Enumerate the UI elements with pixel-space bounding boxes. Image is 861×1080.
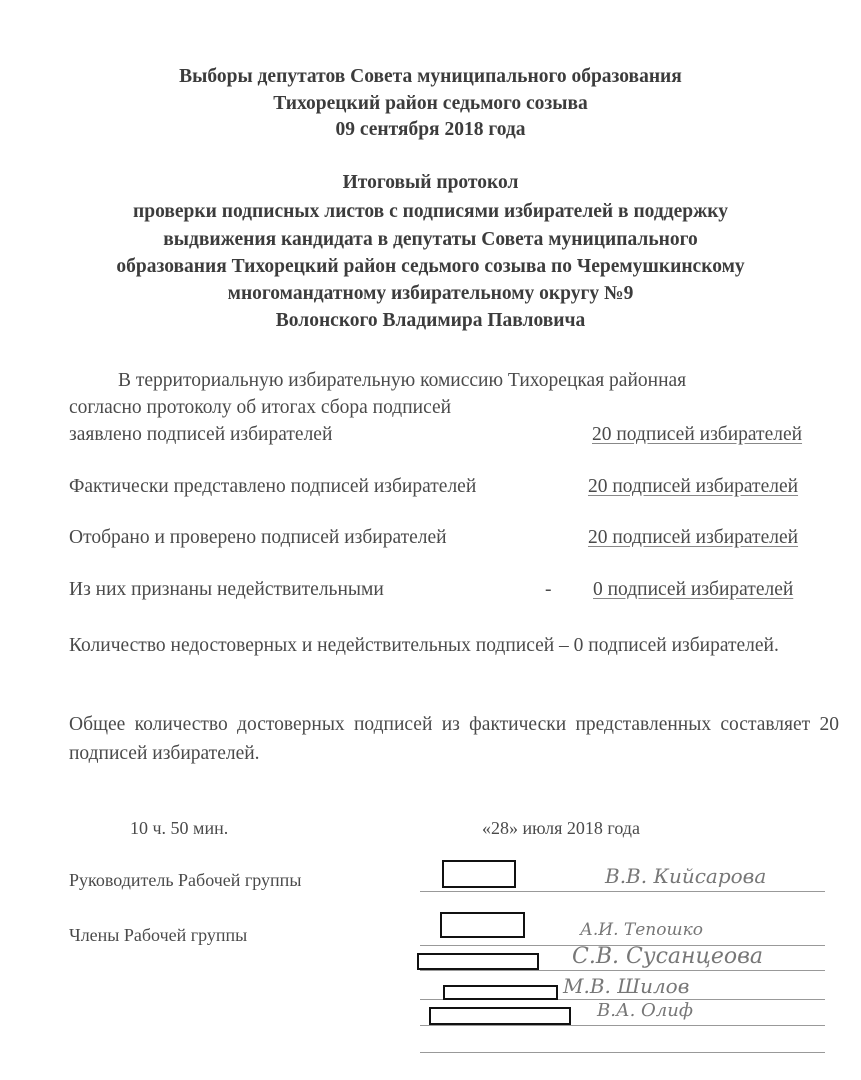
election-title-line-2: Тихорецкий район седьмого созыва — [0, 93, 861, 115]
row-label: заявлено подписей избирателей — [69, 424, 332, 446]
row-value: 20 подписей избирателей — [592, 424, 802, 446]
signature-line — [420, 970, 825, 971]
election-title-line-1: Выборы депутатов Совета муниципального о… — [0, 66, 861, 88]
election-date: 09 сентября 2018 года — [0, 119, 861, 141]
leader-signature: В.В. Кийсарова — [605, 864, 766, 888]
leader-label: Руководитель Рабочей группы — [69, 870, 301, 891]
row-label: Фактически представлено подписей избират… — [69, 476, 476, 498]
protocol-title: Итоговый протокол — [0, 172, 861, 194]
signature-line — [420, 1052, 825, 1053]
row-label: Из них признаны недействительными — [69, 579, 384, 601]
members-label: Члены Рабочей группы — [69, 925, 247, 946]
redaction-box — [440, 912, 525, 938]
valid-total-paragraph: Общее количество достоверных подписей из… — [69, 710, 839, 768]
row-dash: - — [545, 579, 552, 601]
protocol-date: «28» июля 2018 года — [482, 818, 640, 839]
invalid-count-paragraph: Количество недостоверных и недействитель… — [69, 631, 839, 660]
signature-line — [420, 1025, 825, 1026]
intro-line-2: согласно протоколу об итогах сбора подпи… — [69, 397, 451, 419]
redaction-box — [442, 860, 516, 888]
redaction-box — [443, 985, 558, 1000]
row-value: 20 подписей избирателей — [588, 476, 798, 498]
row-label: Отобрано и проверено подписей избирателе… — [69, 527, 447, 549]
member-signature: С.В. Сусанцеова — [572, 944, 763, 969]
intro-line-1: В территориальную избирательную комиссию… — [118, 370, 686, 392]
row-value: 0 подписей избирателей — [593, 579, 793, 601]
candidate-name: Волонского Владимира Павловича — [0, 310, 861, 332]
member-signature: М.В. Шилов — [563, 974, 689, 998]
row-value: 20 подписей избирателей — [588, 527, 798, 549]
protocol-subtitle-line-3: образования Тихорецкий район седьмого со… — [0, 256, 861, 278]
protocol-time: 10 ч. 50 мин. — [130, 818, 228, 839]
protocol-subtitle-line-1: проверки подписных листов с подписями из… — [0, 201, 861, 223]
redaction-box — [417, 953, 539, 970]
member-signature: В.А. Олиф — [597, 1000, 693, 1021]
member-signature: А.И. Тепошко — [580, 920, 703, 940]
redaction-box — [429, 1007, 571, 1025]
protocol-subtitle-line-2: выдвижения кандидата в депутаты Совета м… — [0, 229, 861, 251]
protocol-subtitle-line-4: многомандатному избирательному округу №9 — [0, 283, 861, 305]
signature-line — [420, 891, 825, 892]
